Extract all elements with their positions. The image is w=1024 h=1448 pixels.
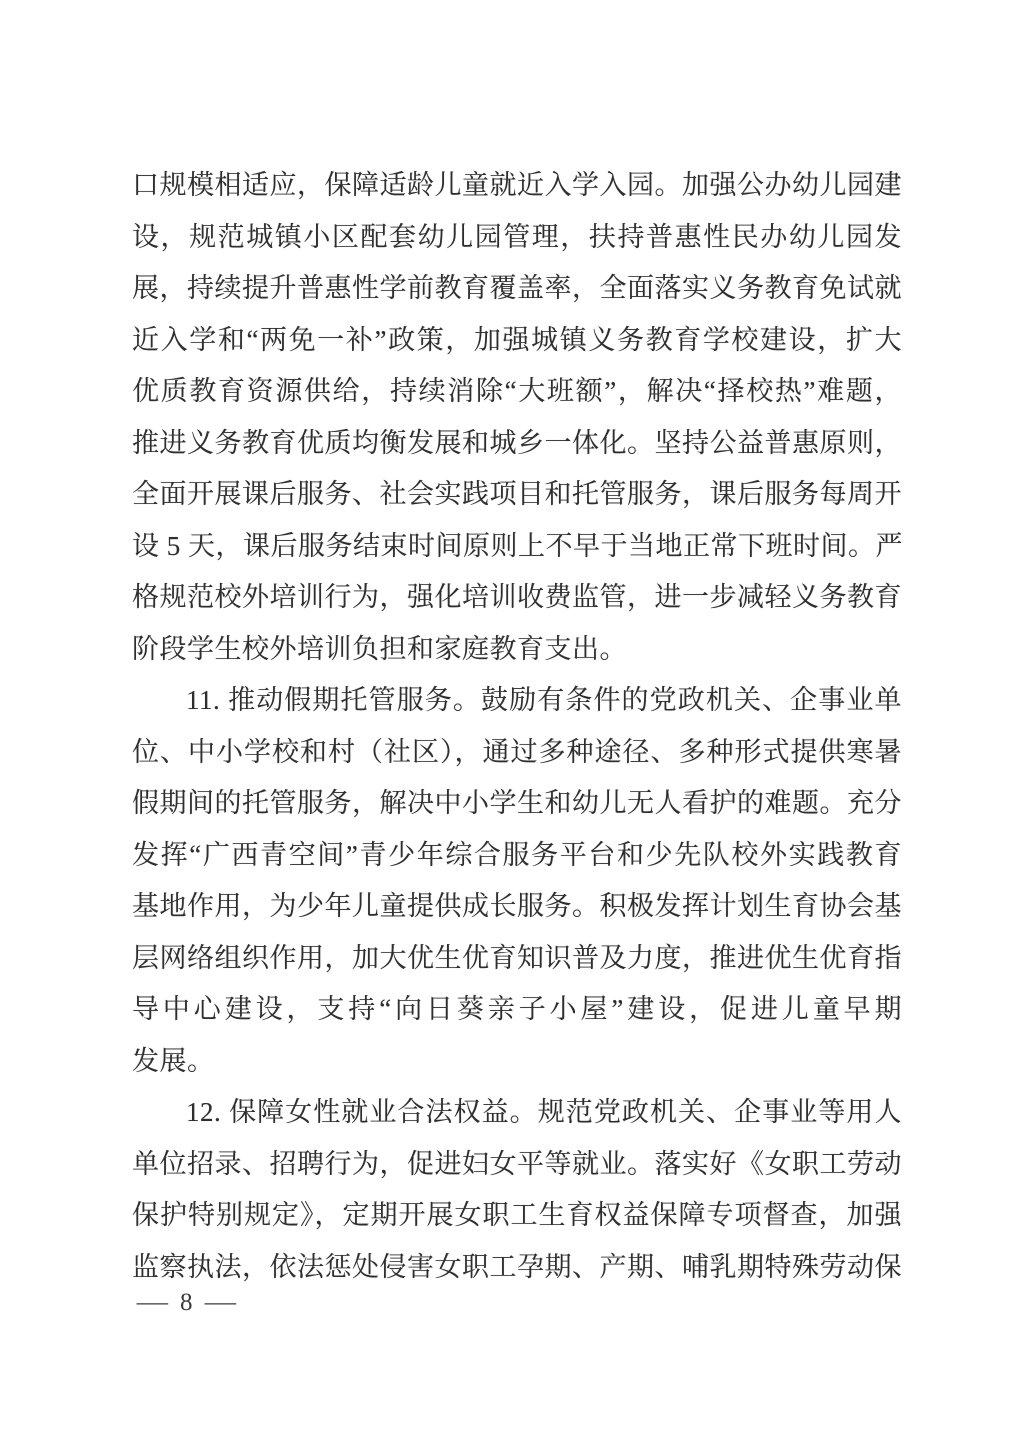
text-line: 层网络组织作用，加大优生优育知识普及力度，推进优生优育指 bbox=[132, 933, 902, 985]
text-line: 优质教育资源供给，持续消除“大班额”，解决“择校热”难题， bbox=[132, 366, 902, 418]
text-line: 展，持续提升普惠性学前教育覆盖率，全面落实义务教育免试就 bbox=[132, 263, 902, 315]
text-line: 位、中小学校和村（社区），通过多种途径、多种形式提供寒暑 bbox=[132, 727, 902, 779]
text-line: 推进义务教育优质均衡发展和城乡一体化。坚持公益普惠原则， bbox=[132, 418, 902, 470]
document-body: 口规模相适应，保障适龄儿童就近入学入园。加强公办幼儿园建设，规范城镇小区配套幼儿… bbox=[132, 160, 902, 1293]
text-line: 监察执法，依法惩处侵害女职工孕期、产期、哺乳期特殊劳动保 bbox=[132, 1242, 902, 1294]
text-line: 设，规范城镇小区配套幼儿园管理，扶持普惠性民办幼儿园发 bbox=[132, 212, 902, 264]
text-line: 11. 推动假期托管服务。鼓励有条件的党政机关、企事业单 bbox=[132, 675, 902, 727]
text-line: 格规范校外培训行为，强化培训收费监管，进一步减轻义务教育 bbox=[132, 572, 902, 624]
text-line: 发挥“广西青空间”青少年综合服务平台和少先队校外实践教育 bbox=[132, 830, 902, 882]
footer-dash-right: — bbox=[204, 1286, 237, 1320]
text-line: 发展。 bbox=[132, 1036, 902, 1088]
page-number: 8 bbox=[180, 1286, 194, 1320]
document-page: 口规模相适应，保障适龄儿童就近入学入园。加强公办幼儿园建设，规范城镇小区配套幼儿… bbox=[0, 0, 1024, 1448]
text-line: 基地作用，为少年儿童提供成长服务。积极发挥计划生育协会基 bbox=[132, 881, 902, 933]
text-line: 阶段学生校外培训负担和家庭教育支出。 bbox=[132, 624, 902, 676]
text-line: 假期间的托管服务，解决中小学生和幼儿无人看护的难题。充分 bbox=[132, 778, 902, 830]
text-line: 全面开展课后服务、社会实践项目和托管服务，课后服务每周开 bbox=[132, 469, 902, 521]
paragraph: 12. 保障女性就业合法权益。规范党政机关、企事业等用人单位招录、招聘行为，促进… bbox=[132, 1087, 902, 1293]
text-line: 口规模相适应，保障适龄儿童就近入学入园。加强公办幼儿园建 bbox=[132, 160, 902, 212]
text-line: 设 5 天，课后服务结束时间原则上不早于当地正常下班时间。严 bbox=[132, 521, 902, 573]
text-line: 近入学和“两免一补”政策，加强城镇义务教育学校建设，扩大 bbox=[132, 315, 902, 367]
paragraph: 口规模相适应，保障适龄儿童就近入学入园。加强公办幼儿园建设，规范城镇小区配套幼儿… bbox=[132, 160, 902, 675]
text-line: 保护特别规定》，定期开展女职工生育权益保障专项督查，加强 bbox=[132, 1190, 902, 1242]
text-line: 导中心建设，支持“向日葵亲子小屋”建设，促进儿童早期 bbox=[132, 984, 902, 1036]
text-line: 单位招录、招聘行为，促进妇女平等就业。落实好《女职工劳动 bbox=[132, 1139, 902, 1191]
page-footer: — 8 — bbox=[140, 1286, 234, 1320]
footer-dash-left: — bbox=[137, 1286, 170, 1320]
text-line: 12. 保障女性就业合法权益。规范党政机关、企事业等用人 bbox=[132, 1087, 902, 1139]
paragraph: 11. 推动假期托管服务。鼓励有条件的党政机关、企事业单位、中小学校和村（社区）… bbox=[132, 675, 902, 1087]
